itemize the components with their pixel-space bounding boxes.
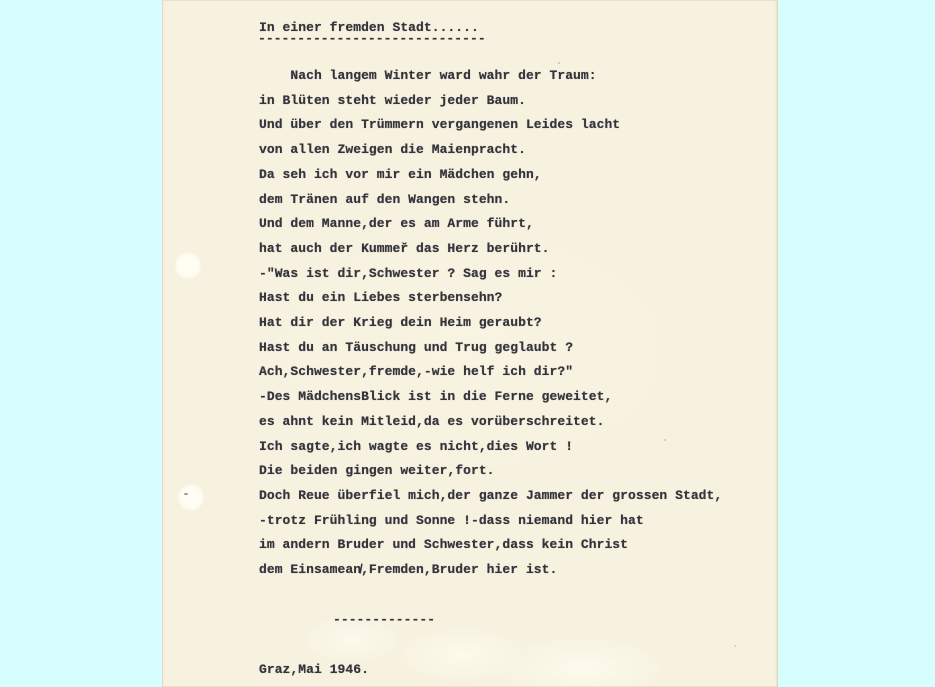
title-underline: ----------------------------- [258, 31, 486, 46]
poem-line: Die beiden gingen weiter,fort. [259, 459, 722, 484]
poem-body: Nach langem Winter ward wahr der Traum:i… [259, 64, 722, 583]
ink-speck [734, 645, 736, 647]
punch-hole-top [175, 252, 201, 279]
poem-line: Ich sagte,ich wagte es nicht,dies Wort ! [259, 435, 722, 460]
paper-left-edge [162, 0, 164, 687]
poem-line: Und über den Trümmern vergangenen Leides… [259, 113, 722, 138]
poem-line: -trotz Frühling und Sonne !-dass niemand… [259, 509, 722, 534]
punch-hole-bottom [178, 484, 204, 511]
ink-speck [184, 493, 188, 495]
poem-line: Hast du ein Liebes sterbensehn? [259, 286, 722, 311]
poem-line: Und dem Manne,der es am Arme führt, [259, 212, 722, 237]
poem-line: es ahnt kein Mitleid,da es vorüberschrei… [259, 410, 722, 435]
poem-line: Hast du an Täuschung und Trug geglaubt ? [259, 336, 722, 361]
poem-line: von allen Zweigen die Maienpracht. [259, 138, 722, 163]
poem-line: Hat dir der Krieg dein Heim geraubt? [259, 311, 722, 336]
poem-line: hat auch der Kummeř das Herz berührt. [259, 237, 722, 262]
poem-line: -Des MädchensBlick ist in die Ferne gewe… [259, 385, 722, 410]
paper-right-edge [775, 0, 778, 687]
poem-line: dem Tränen auf den Wangen stehn. [259, 188, 722, 213]
end-separator: ------------- [333, 612, 435, 627]
poem-line: dem Einsamean̸,Fremden,Bruder hier ist. [259, 558, 722, 583]
poem-line: im andern Bruder und Schwester,dass kein… [259, 533, 722, 558]
poem-line: Ach,Schwester,fremde,-wie helf ich dir?" [259, 360, 722, 385]
place-date-line: Graz,Mai 1946. [259, 662, 369, 678]
scanned-page-background: In einer fremden Stadt...... -----------… [0, 0, 935, 687]
poem-line: Nach langem Winter ward wahr der Traum: [259, 64, 722, 89]
poem-line: Da seh ich vor mir ein Mädchen gehn, [259, 163, 722, 188]
poem-line: -"Was ist dir,Schwester ? Sag es mir : [259, 262, 722, 287]
poem-line: Doch Reue überfiel mich,der ganze Jammer… [259, 484, 722, 509]
poem-line: in Blüten steht wieder jeder Baum. [259, 89, 722, 114]
